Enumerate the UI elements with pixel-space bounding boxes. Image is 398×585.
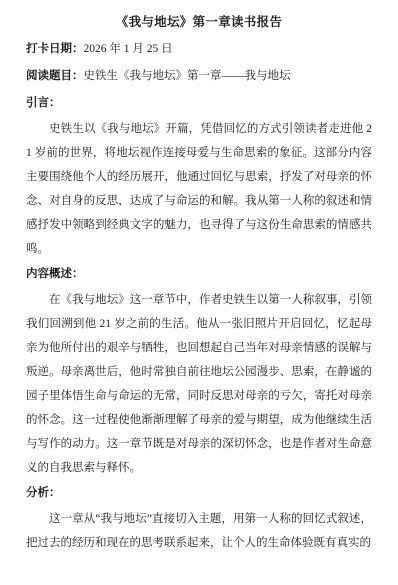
reading-topic-label: 阅读题目： — [26, 70, 84, 82]
analysis-heading: 分析： — [26, 482, 372, 505]
introduction-paragraph: 史铁生以《我与地坛》开篇，凭借回忆的方式引领读者走进他 21 岁前的世界，将地坛… — [26, 117, 372, 261]
document-title: 《我与地坛》第一章读书报告 — [26, 11, 372, 34]
section-introduction: 引言： 史铁生以《我与地坛》开篇，凭借回忆的方式引领读者走进他 21 岁前的世界… — [26, 92, 372, 261]
checkin-date-value: 2026 年 1 月 25 日 — [84, 43, 173, 55]
content-summary-paragraph: 在《我与地坛》这一章节中，作者史铁生以第一人称叙事，引领我们回溯到他 21 岁之… — [26, 288, 372, 480]
section-analysis: 分析： 这一章从“我与地坛”直接切入主题，用第一人称的回忆式叙述，把过去的经历和… — [26, 482, 372, 555]
checkin-date-line: 打卡日期：2026 年 1 月 25 日 — [26, 38, 372, 61]
section-content-summary: 内容概述： 在《我与地坛》这一章节中，作者史铁生以第一人称叙事，引领我们回溯到他… — [26, 263, 372, 480]
document-page: 《我与地坛》第一章读书报告 打卡日期：2026 年 1 月 25 日 阅读题目：… — [0, 0, 398, 585]
reading-topic-line: 阅读题目：史铁生《我与地坛》第一章——我与地坛 — [26, 65, 372, 88]
content-summary-heading: 内容概述： — [26, 263, 372, 286]
introduction-heading: 引言： — [26, 92, 372, 115]
reading-topic-value: 史铁生《我与地坛》第一章——我与地坛 — [84, 70, 291, 82]
checkin-date-label: 打卡日期： — [26, 43, 84, 55]
analysis-paragraph: 这一章从“我与地坛”直接切入主题，用第一人称的回忆式叙述，把过去的经历和现在的思… — [26, 507, 372, 555]
